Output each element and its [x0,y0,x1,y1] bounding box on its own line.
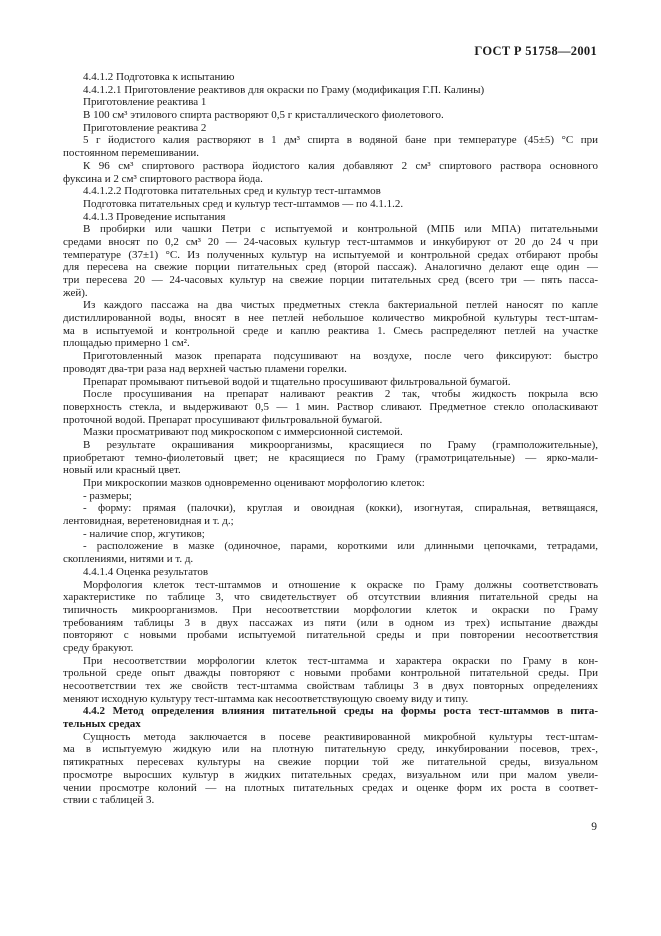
text-line: Приготовленный мазок препарата подсушива… [63,350,598,363]
text-line: 4.4.2 Метод определения влияния питатель… [63,705,598,718]
text-line: После просушивания на препарат наливают … [63,388,598,401]
document-page: ГОСТ Р 51758—2001 4.4.1.2 Подготовка к и… [0,0,661,936]
text-line: пятикратных пересевах культуры на свежие… [63,756,598,769]
text-line: В результате окрашивания микроорганизмы,… [63,439,598,452]
text-line: температуре (37±1) °С. Из полученных кул… [63,249,598,262]
paragraph: Приготовление реактива 1 [63,96,598,109]
text-line: - расположение в мазке (одиночное, парам… [63,540,598,553]
text-line: При микроскопии мазков одновременно оцен… [63,477,598,490]
text-line: В 100 см³ этилового спирта растворяют 0,… [63,109,598,122]
text-line: Из каждого пассажа на два чистых предмет… [63,299,598,312]
text-line: меняют исходную культуру тест-штамма как… [63,693,598,706]
paragraph: 4.4.1.4 Оценка результатов [63,566,598,579]
text-line: - размеры; [63,490,598,503]
standard-designation: ГОСТ Р 51758—2001 [474,44,597,59]
text-line: дистиллированной воды, вносят в нее петл… [63,312,598,325]
text-line: ствии с таблицей 3. [63,794,598,807]
paragraph: В 100 см³ этилового спирта растворяют 0,… [63,109,598,122]
paragraph: - наличие спор, жгутиков; [63,528,598,541]
text-line: жей). [63,287,598,300]
text-line: Морфология клеток тест-штаммов и отношен… [63,579,598,592]
page-number: 9 [591,821,597,833]
paragraph: К 96 см³ спиртового раствора йодистого к… [63,160,598,185]
text-line: ма в испытуемую жидкую или на плотную пи… [63,743,598,756]
text-line: - наличие спор, жгутиков; [63,528,598,541]
text-line: просмотре выросших культур в жидких пита… [63,769,598,782]
text-line: площадью примерно 1 см². [63,337,598,350]
text-line: постоянном перемешивании. [63,147,598,160]
paragraph: - размеры; [63,490,598,503]
text-line: Препарат промывают питьевой водой и тщат… [63,376,598,389]
paragraph: При микроскопии мазков одновременно оцен… [63,477,598,490]
text-line: проточной водой. Препарат просушивают фи… [63,414,598,427]
paragraph: 4.4.1.2 Подготовка к испытанию [63,71,598,84]
paragraph: При несоответствии морфологии клеток тес… [63,655,598,706]
text-line: требованиям таблицы 3 в двух пассажах из… [63,617,598,630]
paragraph: В пробирки или чашки Петри с испытуемой … [63,223,598,299]
paragraph: 4.4.1.2.1 Приготовление реактивов для ок… [63,84,598,97]
text-line: лентовидная, веретеновидная и т. д.; [63,515,598,528]
text-line: ма в испытуемой и контрольной среде и ка… [63,325,598,338]
paragraph: 4.4.2 Метод определения влияния питатель… [63,705,598,730]
text-line: 5 г йодистого калия растворяют в 1 дм³ с… [63,134,598,147]
text-line: новый или красный цвет. [63,464,598,477]
text-line: Подготовка питательных сред и культур те… [63,198,598,211]
document-body: 4.4.1.2 Подготовка к испытанию4.4.1.2.1 … [63,71,598,807]
paragraph: Мазки просматривают под микроскопом с им… [63,426,598,439]
text-line: 4.4.1.4 Оценка результатов [63,566,598,579]
text-line: 4.4.1.2.1 Приготовление реактивов для ок… [63,84,598,97]
paragraph: Из каждого пассажа на два чистых предмет… [63,299,598,350]
paragraph: Сущность метода заключается в посеве реа… [63,731,598,807]
paragraph: 5 г йодистого калия растворяют в 1 дм³ с… [63,134,598,159]
text-line: типичность микроорганизмов. При несоотве… [63,604,598,617]
text-line: проводят два-три раза над верхней частью… [63,363,598,376]
text-line: тельных средах [63,718,598,731]
text-line: среду бракуют. [63,642,598,655]
text-line: Сущность метода заключается в посеве реа… [63,731,598,744]
paragraph: 4.4.1.2.2 Подготовка питательных сред и … [63,185,598,198]
text-line: повторяют с новыми пробами испытуемой пи… [63,629,598,642]
text-line: Мазки просматривают под микроскопом с им… [63,426,598,439]
paragraph: Приготовление реактива 2 [63,122,598,135]
text-line: - форму: прямая (палочки), круглая и ово… [63,502,598,515]
text-line: Приготовление реактива 2 [63,122,598,135]
paragraph: Приготовленный мазок препарата подсушива… [63,350,598,375]
text-line: 4.4.1.2 Подготовка к испытанию [63,71,598,84]
text-line: фуксина и 2 см³ спиртового раствора йода… [63,173,598,186]
text-line: несоответствии тех же свойств тест-штамм… [63,680,598,693]
paragraph: Препарат промывают питьевой водой и тщат… [63,376,598,389]
text-line: поверхность стекла, и выдерживают 0,5 — … [63,401,598,414]
paragraph: 4.4.1.3 Проведение испытания [63,211,598,224]
text-line: трольной среде опыт дважды повторяют с н… [63,667,598,680]
text-line: три пересева 20 — 24-часовых культур на … [63,274,598,287]
text-line: чении просмотре колоний — на плотных пит… [63,782,598,795]
text-line: 4.4.1.2.2 Подготовка питательных сред и … [63,185,598,198]
paragraph: В результате окрашивания микроорганизмы,… [63,439,598,477]
text-line: средами вносят по 0,2 см³ 20 — 24-часовы… [63,236,598,249]
text-line: При несоответствии морфологии клеток тес… [63,655,598,668]
text-line: Приготовление реактива 1 [63,96,598,109]
paragraph: - расположение в мазке (одиночное, парам… [63,540,598,565]
paragraph: - форму: прямая (палочки), круглая и ово… [63,502,598,527]
text-line: для пересева на свежие порции питательны… [63,261,598,274]
text-line: приобретают темно-фиолетовый цвет; не кр… [63,452,598,465]
text-line: 4.4.1.3 Проведение испытания [63,211,598,224]
paragraph: После просушивания на препарат наливают … [63,388,598,426]
text-line: характеристике по таблице 3, что свидете… [63,591,598,604]
text-line: скоплениями, нитями и т. д. [63,553,598,566]
text-line: К 96 см³ спиртового раствора йодистого к… [63,160,598,173]
text-line: В пробирки или чашки Петри с испытуемой … [63,223,598,236]
paragraph: Морфология клеток тест-штаммов и отношен… [63,579,598,655]
paragraph: Подготовка питательных сред и культур те… [63,198,598,211]
